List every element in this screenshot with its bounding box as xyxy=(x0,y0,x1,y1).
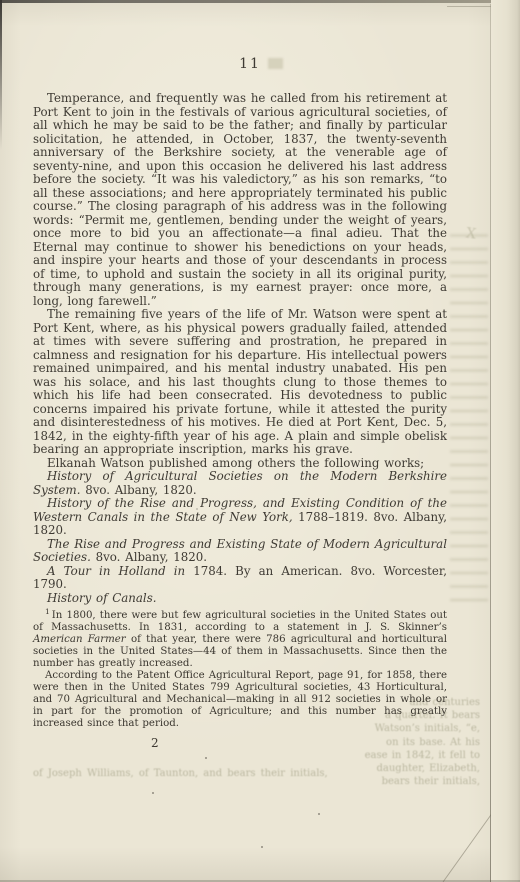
signature-mark: 2 xyxy=(151,736,447,750)
dust-speck xyxy=(152,792,154,794)
work-entry-modern-agricultural-societies: The Rise and Progress and Existing State… xyxy=(33,538,447,565)
dust-speck xyxy=(318,813,320,815)
scan-left-edge xyxy=(0,0,2,150)
work-entry-western-canals: History of the Rise and Progress, and Ex… xyxy=(33,497,447,538)
work-entry-berkshire-system: History of Agricultural Societies on the… xyxy=(33,470,447,497)
bleedthrough-margin-smudge xyxy=(450,225,488,605)
footnote-2: According to the Patent Office Agricultu… xyxy=(33,670,447,730)
footnote-text: In 1800, there were but few agricultural… xyxy=(33,610,447,633)
footnote-marker: 1 xyxy=(45,607,50,616)
paragraph-works-intro: Elkanah Watson published among others th… xyxy=(33,457,447,471)
page-edge-line xyxy=(490,4,491,882)
paragraph-biography-1: Temperance, and frequently was he called… xyxy=(33,92,447,308)
footnote-block: 1In 1800, there were but few agricultura… xyxy=(33,610,447,730)
scan-top-edge xyxy=(0,0,520,3)
work-imprint: 8vo. Albany, 1820. xyxy=(91,550,207,564)
work-imprint: 8vo. Albany, 1820. xyxy=(80,483,196,497)
dust-speck xyxy=(205,757,207,759)
dust-speck xyxy=(261,846,263,848)
text-column: Temperance, and frequently was he called… xyxy=(33,92,447,750)
footnote-italic-title: American Farmer xyxy=(33,634,126,645)
underlying-page-corner xyxy=(447,6,491,7)
page-number: 11 xyxy=(0,56,500,72)
dust-speck xyxy=(196,508,198,510)
work-title: History of Canals. xyxy=(47,591,157,605)
work-entry-tour-in-holland: A Tour in Holland in 1784. By an America… xyxy=(33,565,447,592)
work-entry-history-of-canals: History of Canals. xyxy=(33,592,447,606)
bleedthrough-smudge xyxy=(268,58,283,69)
footnote-1: 1In 1800, there were but few agricultura… xyxy=(33,610,447,670)
page-right-margin-shadow xyxy=(491,0,520,882)
work-title: A Tour in Holland in xyxy=(47,564,185,578)
paragraph-biography-2: The remaining five years of the life of … xyxy=(33,308,447,457)
book-page-scan: X and centuries a quarter. It bears Wats… xyxy=(0,0,520,882)
